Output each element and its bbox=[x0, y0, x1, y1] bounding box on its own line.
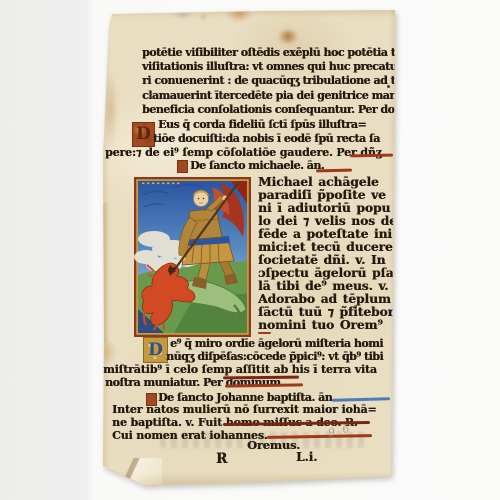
decorated-initial: D bbox=[143, 337, 168, 363]
text-line: Eus q̄ corda fideliū ſctī ſpūs illuſtra= bbox=[158, 119, 366, 132]
parchment-stain bbox=[278, 28, 298, 45]
antiphon-line: nomini tuo Orem⁹ bbox=[258, 319, 383, 332]
parchment-stain bbox=[200, 14, 207, 20]
rubric-michael: De ſancto michaele. ān. bbox=[190, 160, 324, 173]
text-line: viſitationis illuſtra: vt omnes qui huc … bbox=[142, 61, 397, 74]
text-line: e⁹ q̄ miro ordīe āgelorū miſteria homi bbox=[170, 338, 383, 351]
paraph-square bbox=[177, 160, 188, 173]
leaf-signature: L.i. bbox=[296, 451, 317, 464]
parchment-smudge bbox=[173, 10, 193, 19]
text-line: pere:⁊ de ei⁹ ſemp cōſolatiōe gaudere. P… bbox=[105, 147, 385, 160]
text-line: ri conuenerint : de quacūqʒ tribulatione… bbox=[142, 75, 402, 88]
illuminated-initial: D bbox=[132, 122, 155, 147]
line-filler-blue bbox=[332, 397, 390, 401]
rubric-mark bbox=[258, 332, 271, 334]
parchment: potētie viſibiliter oſtēdis exēplū hoc p… bbox=[100, 8, 398, 486]
oremus-label: Oremus. bbox=[247, 439, 300, 452]
edge-stain bbox=[103, 70, 118, 150]
edge-stain bbox=[100, 203, 109, 343]
line-filler-red bbox=[350, 154, 393, 157]
parchment-stain bbox=[226, 6, 252, 22]
text-line: Inter natos mulierū nō ſurrexit maior io… bbox=[112, 404, 376, 417]
text-line: tiōe docuiſti:da nobis ī eodē ſpū recta … bbox=[153, 133, 380, 146]
text-line: potētie viſibiliter oſtēdis exēplū hoc p… bbox=[142, 47, 409, 60]
rubric-underline bbox=[223, 376, 299, 379]
text-line: Cui nomen erat iohannes. bbox=[112, 430, 267, 443]
corner-crease bbox=[100, 458, 162, 486]
photo-background: potētie viſibiliter oſtēdis exēplū hoc p… bbox=[0, 0, 500, 500]
text-line: beneficia conſolationis conſequantur. Pe… bbox=[142, 104, 398, 117]
edge-stain bbox=[94, 338, 116, 366]
text-line: clamauerint ītercedēte pia dei genitrice… bbox=[142, 90, 405, 103]
text-line: miſtrātib⁹ ī celo ſemp aſſitit ab his ī … bbox=[103, 364, 377, 377]
signature-mark: R bbox=[216, 453, 227, 466]
text-line: nūqʒ diſpēſas:cōcede p̃pici⁹: vt q̄b⁹ ti… bbox=[166, 351, 383, 364]
miniature-st-michael bbox=[134, 177, 251, 337]
manuscript-leaf: potētie viſibiliter oſtēdis exēplū hoc p… bbox=[100, 8, 398, 486]
line-filler-red bbox=[316, 169, 352, 173]
